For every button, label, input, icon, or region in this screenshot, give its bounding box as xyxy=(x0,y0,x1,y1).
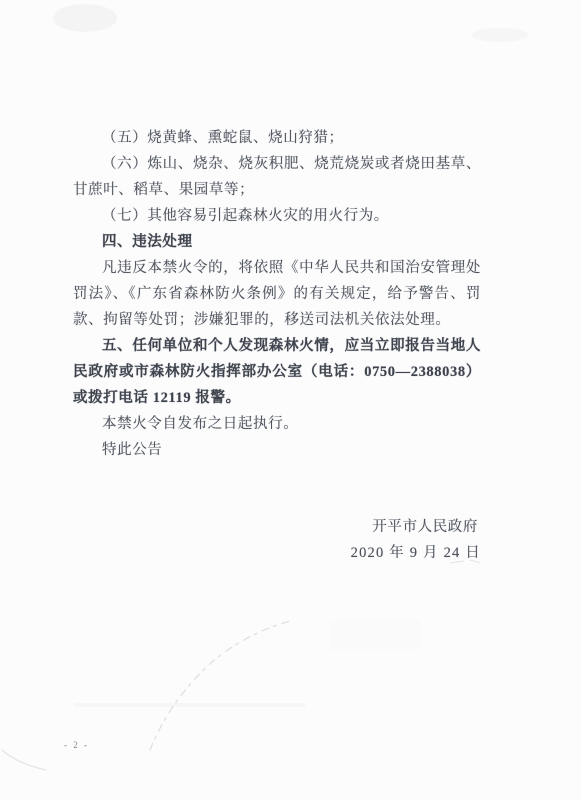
paragraph-hereby-announced: 特此公告 xyxy=(73,437,481,463)
paragraph-violation-handling: 凡违反本禁火令的，将依照《中华人民共和国治安管理处罚法》、《广东省森林防火条例》… xyxy=(73,255,481,333)
scan-streak-curve xyxy=(150,621,290,750)
issue-date: 2020 年 9 月 24 日 xyxy=(73,540,481,566)
paragraph-report-fire: 五、任何单位和个人发现森林火情，应当立即报告当地人民政府或市森林防火指挥部办公室… xyxy=(73,333,481,411)
scan-smear-horizontal xyxy=(75,703,305,707)
scan-smudge-top-left xyxy=(53,4,117,32)
scan-streak-corner xyxy=(2,750,46,770)
paragraph-effective-date: 本禁火令自发布之日起执行。 xyxy=(73,411,481,437)
list-item-6: （六）炼山、烧杂、烧灰积肥、烧荒烧炭或者烧田基草、甘蔗叶、稻草、果园草等； xyxy=(73,151,481,203)
scan-smear-block xyxy=(330,620,420,650)
section-heading-4: 四、违法处理 xyxy=(73,229,481,255)
list-item-5: （五）烧黄蜂、熏蛇鼠、烧山狩猎； xyxy=(73,125,481,151)
document-body: （五）烧黄蜂、熏蛇鼠、烧山狩猎； （六）炼山、烧杂、烧灰积肥、烧荒烧炭或者烧田基… xyxy=(73,125,481,566)
signature-block: 开平市人民政府 2020 年 9 月 24 日 xyxy=(73,514,481,566)
scan-smudge-top-right xyxy=(472,28,528,42)
scanned-document-page: （五）烧黄蜂、熏蛇鼠、烧山狩猎； （六）炼山、烧杂、烧灰积肥、烧荒烧炭或者烧田基… xyxy=(0,0,581,800)
list-item-7: （七）其他容易引起森林火灾的用火行为。 xyxy=(73,203,481,229)
issuer-name: 开平市人民政府 xyxy=(73,514,481,540)
page-number: - 2 - xyxy=(64,740,89,750)
